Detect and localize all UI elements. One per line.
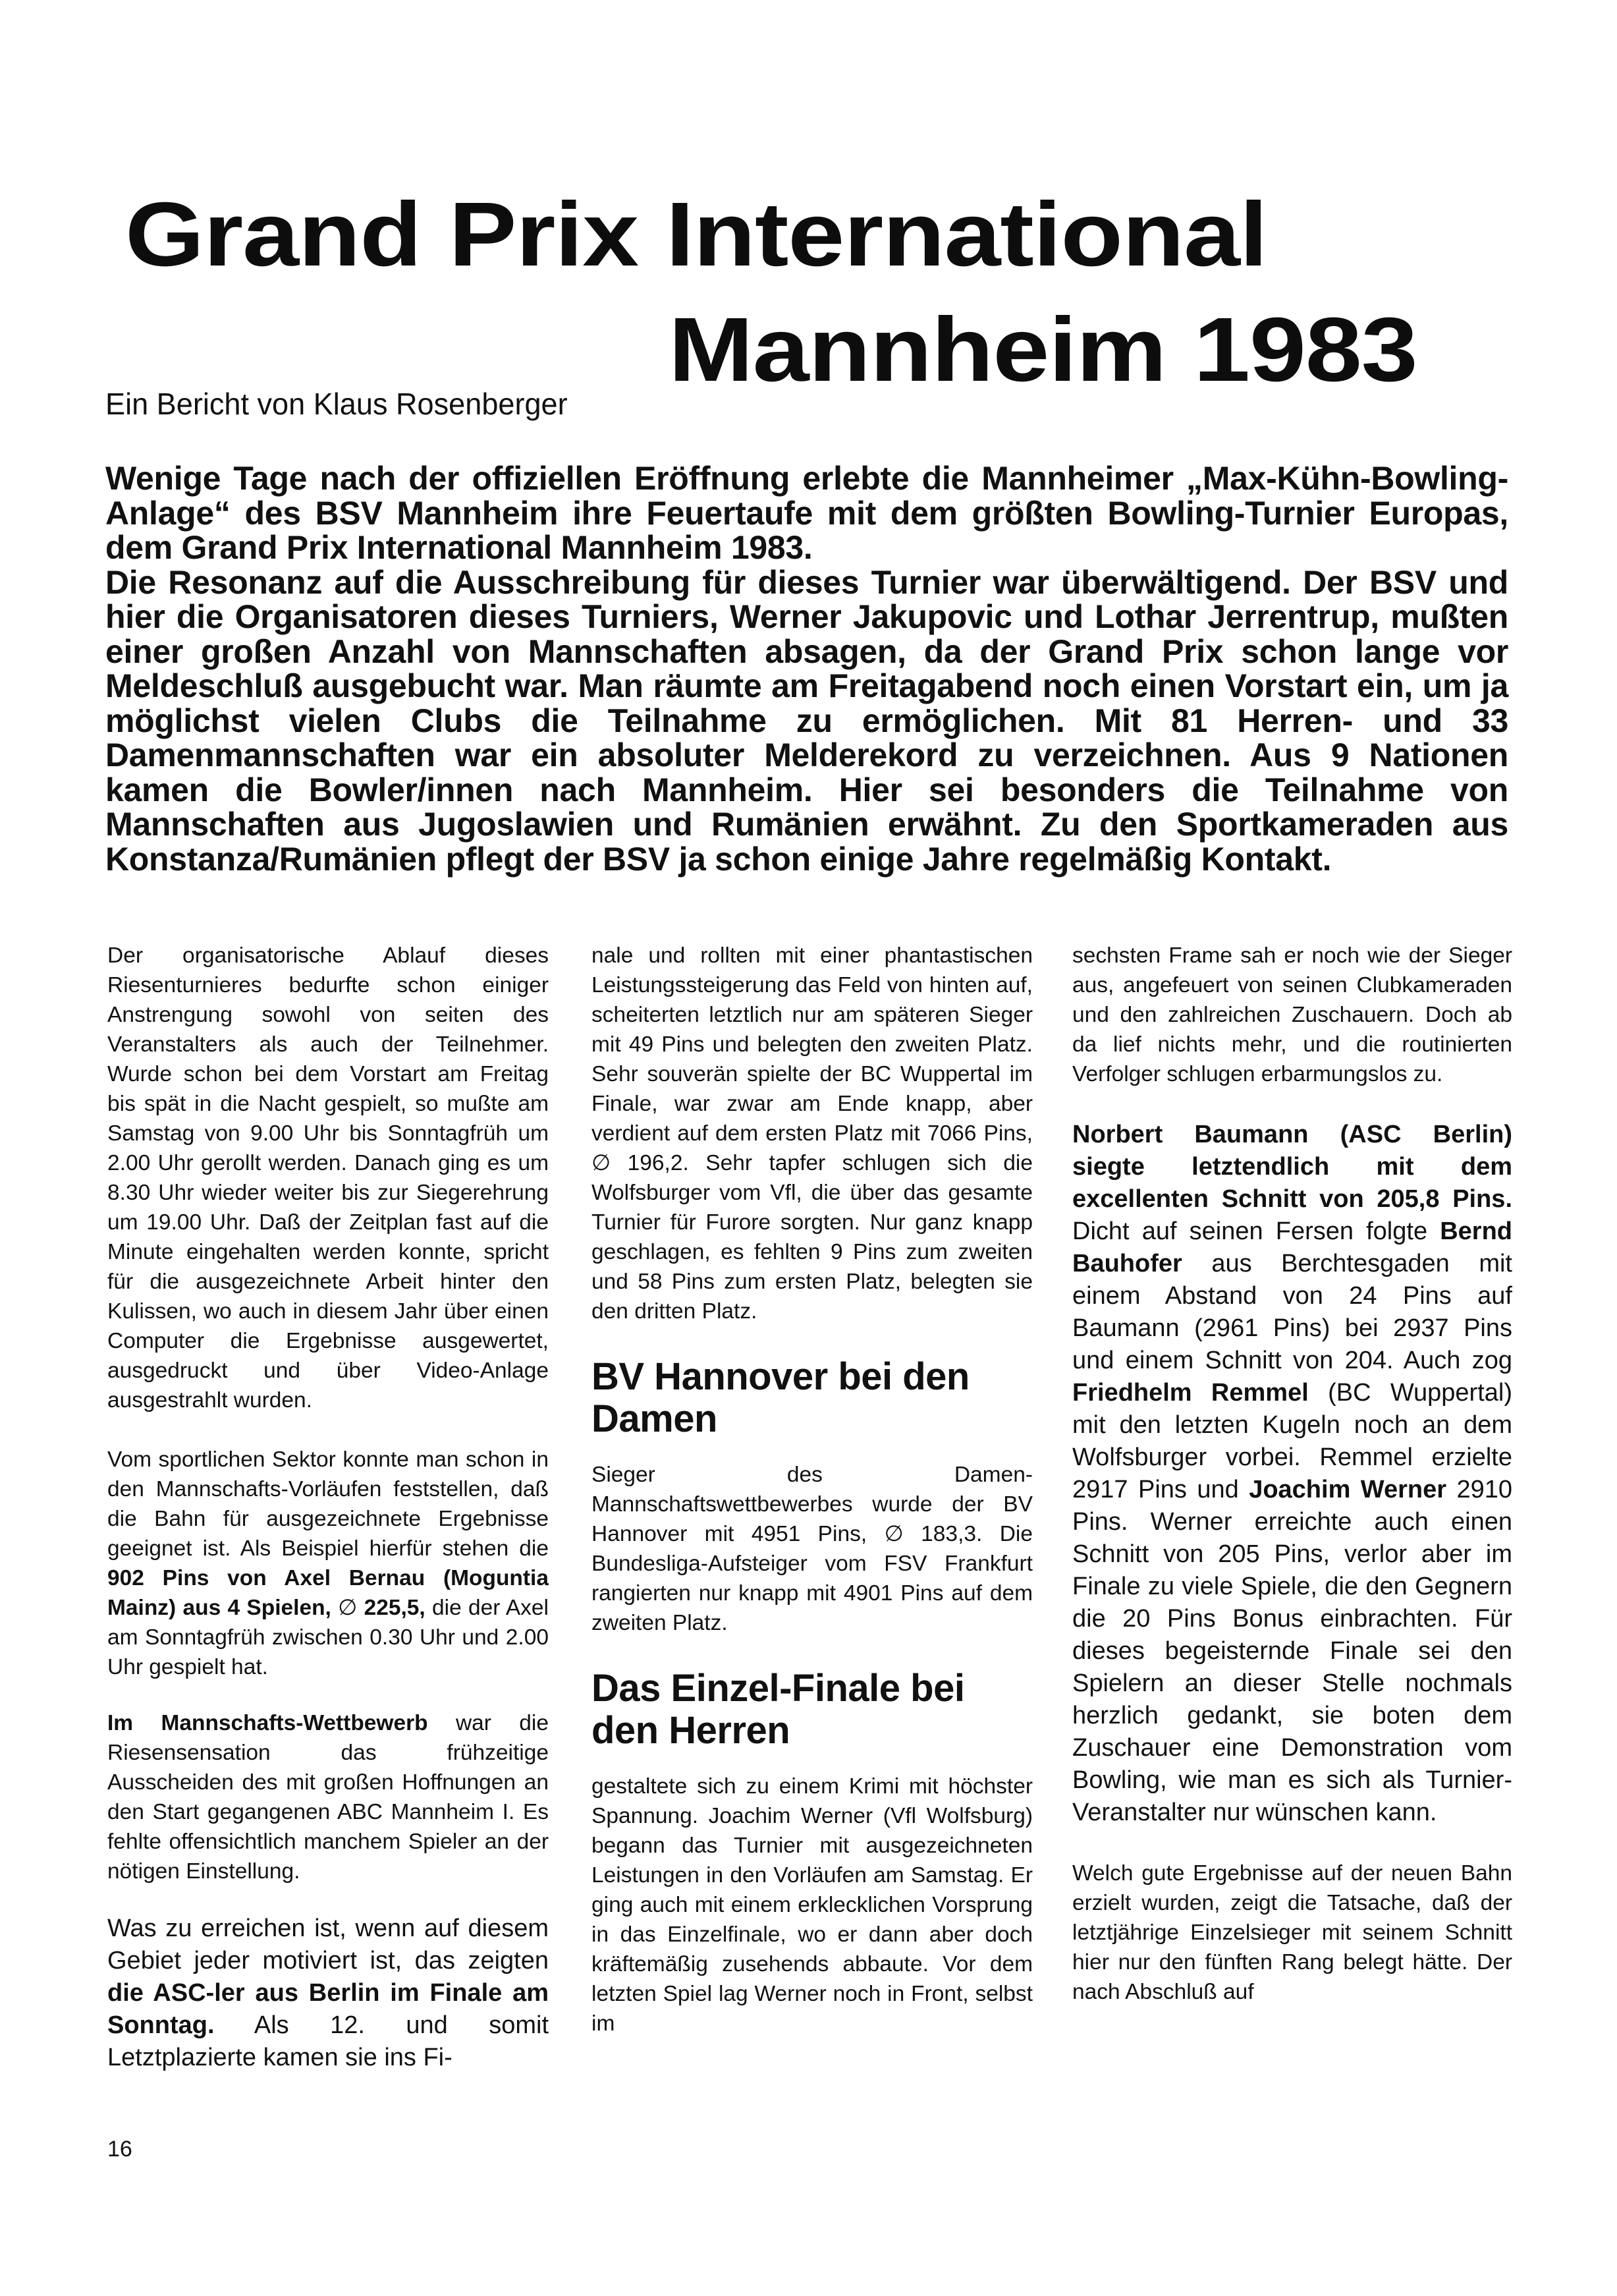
body-column-1: Der organisatorische Ablauf dieses Riese… (107, 941, 549, 2074)
body-column-2: nale und rollten mit einer phantastische… (591, 941, 1033, 2038)
body-paragraph: nale und rollten mit einer phantastische… (591, 941, 1033, 1326)
lead-paragraph: Wenige Tage nach der offiziellen Eröffnu… (105, 461, 1508, 876)
highlight-text: Norbert Baumann (ASC Berlin) siegte letz… (1072, 1121, 1512, 1213)
body-paragraph: Im Mannschafts-Wettbewerb war die Riesen… (107, 1708, 549, 1886)
section-heading: Das Einzel-Finale bei den Herren (591, 1667, 1033, 1752)
body-paragraph: Vom sportlichen Sektor konnte man schon … (107, 1445, 549, 1682)
highlight-text: Joachim Werner (1249, 1476, 1446, 1503)
lead-paragraph-1: Wenige Tage nach der offiziellen Eröffnu… (105, 461, 1508, 565)
byline: Ein Bericht von Klaus Rosenberger (105, 389, 568, 419)
body-paragraph: Sieger des Damen-Mannschaftswettbewerbes… (591, 1460, 1033, 1638)
body-column-3: sechsten Frame sah er noch wie der Siege… (1072, 941, 1512, 2007)
article-title-line-1: Grand Prix International (125, 189, 1267, 280)
section-heading: BV Hannover bei den Damen (591, 1356, 1033, 1440)
highlight-text: 225,5, (364, 1596, 425, 1620)
body-paragraph: gestaltete sich zu einem Krimi mit höchs… (591, 1772, 1033, 2038)
highlight-text: Friedhelm Remmel (1072, 1379, 1309, 1407)
lead-paragraph-2: Die Resonanz auf die Ausschreibung für d… (105, 565, 1508, 877)
body-paragraph: Der organisatorische Ablauf dieses Riese… (107, 941, 549, 1415)
body-paragraph: Was zu erreichen ist, wenn auf diesem Ge… (107, 1913, 549, 2074)
body-paragraph: sechsten Frame sah er noch wie der Siege… (1072, 941, 1512, 1089)
body-paragraph: Norbert Baumann (ASC Berlin) siegte letz… (1072, 1119, 1512, 1829)
average-symbol-icon: ∅ (338, 1596, 357, 1620)
highlight-text: Im Mannschafts-Wettbewerb (107, 1711, 428, 1735)
page-number: 16 (107, 2138, 132, 2160)
article-title-line-2: Mannheim 1983 (669, 304, 1417, 395)
body-paragraph: Welch gute Ergebnisse auf der neuen Bahn… (1072, 1859, 1512, 2007)
